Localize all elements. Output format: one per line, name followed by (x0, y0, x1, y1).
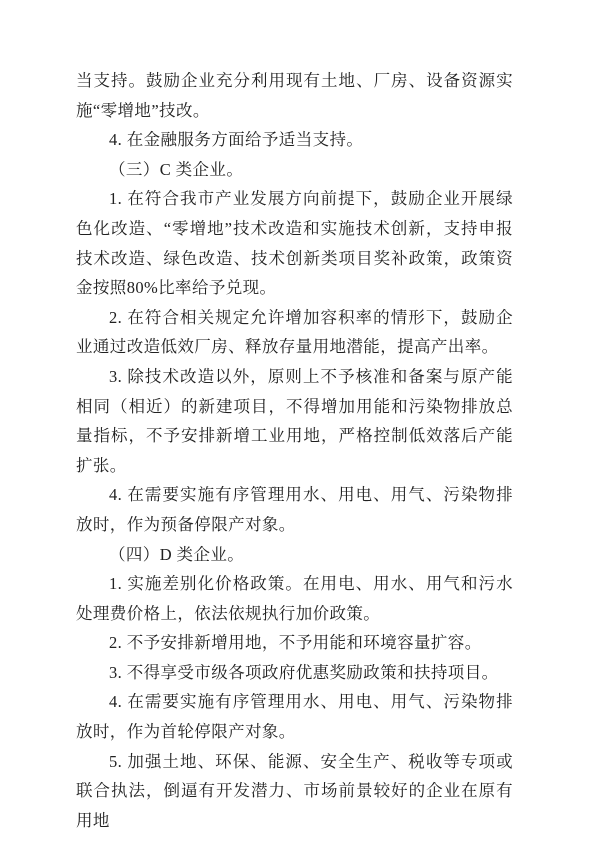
paragraph: 5. 加强土地、环保、能源、安全生产、税收等专项或联合执法，倒逼有开发潜力、市场… (76, 747, 513, 836)
paragraph: 3. 不得享受市级各项政府优惠奖励政策和扶持项目。 (76, 658, 513, 688)
paragraph: 1. 在符合我市产业发展方向前提下，鼓励企业开展绿色化改造、“零增地”技术改造和… (76, 184, 513, 302)
document-body-text: 当支持。鼓励企业充分利用现有土地、厂房、设备资源实施“零增地”技改。4. 在金融… (76, 66, 513, 835)
paragraph: 4. 在需要实施有序管理用水、用电、用气、污染物排放时，作为首轮停限产对象。 (76, 687, 513, 746)
paragraph: （三）C 类企业。 (76, 155, 513, 185)
paragraph: 3. 除技术改造以外，原则上不予核准和备案与原产能相同（相近）的新建项目，不得增… (76, 362, 513, 480)
document-page: 当支持。鼓励企业充分利用现有土地、厂房、设备资源实施“零增地”技改。4. 在金融… (0, 0, 600, 848)
paragraph: 4. 在需要实施有序管理用水、用电、用气、污染物排放时，作为预备停限产对象。 (76, 480, 513, 539)
paragraph: 2. 在符合相关规定允许增加容积率的情形下，鼓励企业通过改造低效厂房、释放存量用… (76, 303, 513, 362)
paragraph: 1. 实施差别化价格政策。在用电、用水、用气和污水处理费价格上，依法依规执行加价… (76, 569, 513, 628)
paragraph: （四）D 类企业。 (76, 540, 513, 570)
paragraph: 当支持。鼓励企业充分利用现有土地、厂房、设备资源实施“零增地”技改。 (76, 66, 513, 125)
paragraph: 2. 不予安排新增用地，不予用能和环境容量扩容。 (76, 628, 513, 658)
paragraph: 4. 在金融服务方面给予适当支持。 (76, 125, 513, 155)
